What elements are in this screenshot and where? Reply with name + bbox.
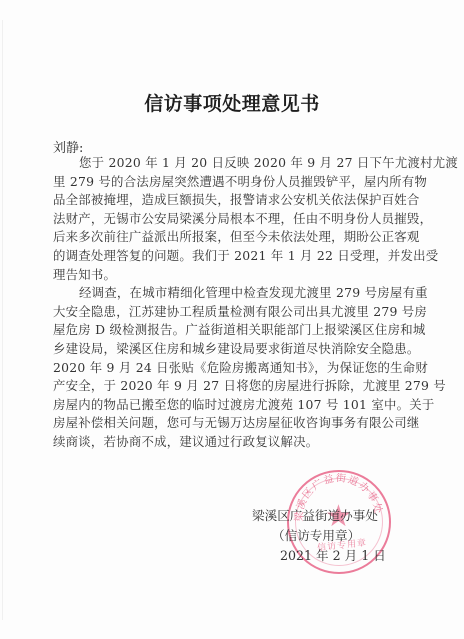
document-page: 信访事项处理意见书 刘静: 您于 2020 年 1 月 20 日反映 2020 … — [0, 0, 464, 639]
body-line: 屋危房 D 级检测报告。广益街道相关职能部门上报梁溪区住房和城 — [53, 321, 418, 340]
signature-block: 梁溪区广益街道办事处 （信访专用章） 2021 年 2 月 1 日 — [250, 506, 420, 566]
body-line: 产安全，于 2020 年 9 月 27 日将您的房屋进行拆除，尤渡里 279 号 — [53, 377, 418, 396]
body-line: 后来多次前往广益派出所报案，但至今未依法处理，期盼公正客观 — [53, 228, 418, 247]
signing-organization: 梁溪区广益街道办事处 — [250, 506, 420, 526]
body-line: 经调查，在城市精细化管理中检查发现尤渡里 279 号房屋有重 — [53, 284, 418, 303]
seal-note: （信访专用章） — [250, 526, 420, 546]
body-line: 大安全隐患，江苏建协工程质量检测有限公司出具尤渡里 279 号房 — [53, 303, 418, 322]
document-title: 信访事项处理意见书 — [0, 89, 464, 116]
body-line: 您于 2020 年 1 月 20 日反映 2020 年 9 月 27 日下午尤渡… — [53, 154, 418, 173]
document-body: 您于 2020 年 1 月 20 日反映 2020 年 9 月 27 日下午尤渡… — [53, 154, 418, 452]
body-line: 里 279 号的合法房屋突然遭遇不明身份人员摧毁铲平，屋内所有物 — [53, 173, 418, 192]
body-line: 的调查处理答复的问题。我们于 2021 年 1 月 22 日受理，并发出受 — [53, 247, 418, 266]
body-line: 2020 年 9 月 24 日张贴《危险房搬离通知书》，为保证您的生命财 — [53, 359, 418, 378]
body-line: 续商谈，若协商不成，建议通过行政复议解决。 — [53, 433, 418, 452]
body-line: 房屋内的物品已搬至您的临时过渡房尤渡苑 107 号 101 室中。关于 — [53, 396, 418, 415]
signature-date: 2021 年 2 月 1 日 — [250, 546, 420, 566]
body-line: 理告知书。 — [53, 266, 418, 285]
body-line: 乡建设局，梁溪区住房和城乡建设局要求街道尽快消除安全隐患。 — [53, 340, 418, 359]
body-line: 房屋补偿相关问题，您可与无锡万达房屋征收咨询事务有限公司继 — [53, 414, 418, 433]
body-line: 法财产，无锡市公安局梁溪分局根本不理，任由不明身份人员摧毁， — [53, 210, 418, 229]
body-line: 品全部被掩埋，造成巨额损失，报警请求公安机关依法保护百姓合 — [53, 191, 418, 210]
